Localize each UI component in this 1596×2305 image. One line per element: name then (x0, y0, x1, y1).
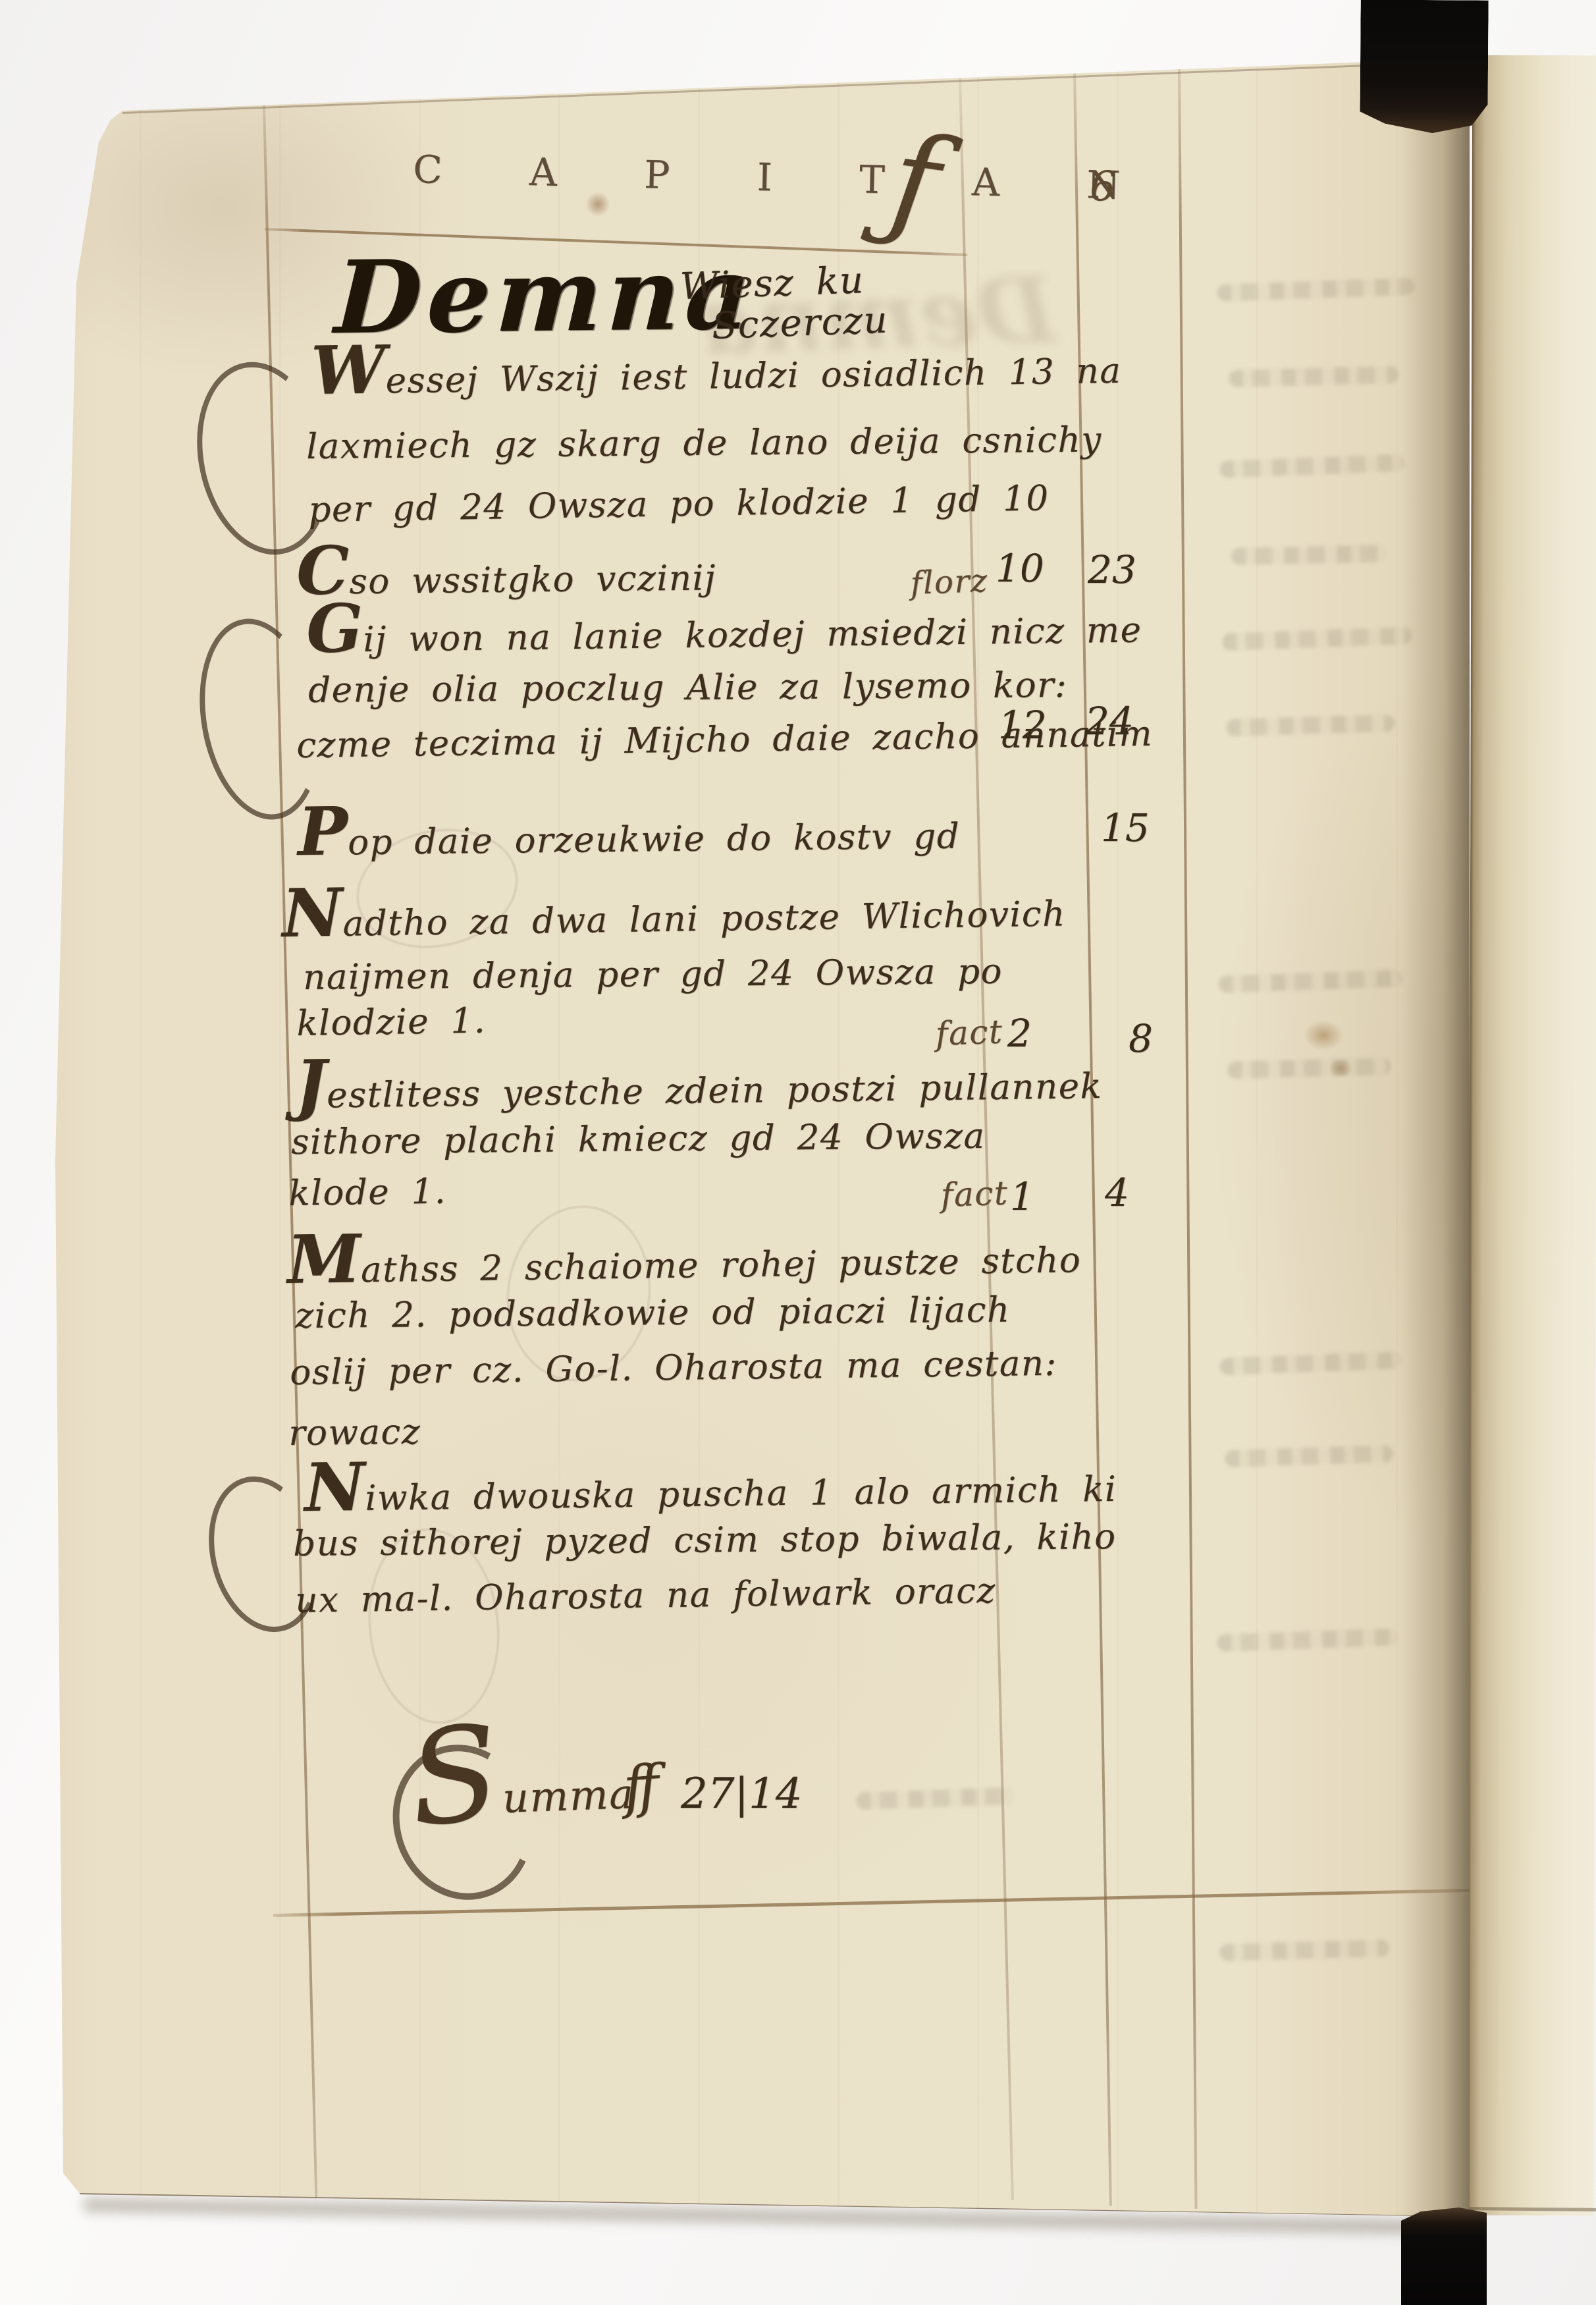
bookmark-ribbon-bottom (1401, 2208, 1487, 2305)
entry-6-line-4: rowacz (288, 1415, 421, 1451)
summa-initial: S (403, 1707, 506, 1846)
entry-1-line-3: per gd 24 Owsza po klodzie 1 gd 10 (308, 481, 1050, 528)
entry-2-amount-florins: 12 (998, 706, 1047, 744)
ink-showthrough-11 (1217, 1628, 1399, 1652)
adjacent-page-edge (1467, 55, 1596, 2215)
entry-7-line-1: Niwka dwouska puscha 1 alo armich ki (304, 1461, 1117, 1517)
entry-5-result-label: fact (940, 1176, 1009, 1212)
entry-1-line-2: laxmiech gz skarg de lano deija csnichy (306, 422, 1102, 464)
page-edge-top (122, 61, 1470, 114)
ink-showthrough-3 (1219, 454, 1404, 478)
ink-showthrough-7 (1218, 969, 1403, 993)
ruled-line-column-2 (1073, 72, 1112, 2206)
ink-showthrough-13 (1219, 1939, 1390, 1961)
entry-5-line-1: Jestlitess yestche zdein postzi pullanne… (295, 1058, 1102, 1114)
summa-word-rest: umma (502, 1774, 635, 1819)
entry-5-amount-florins: 1 (1010, 1178, 1034, 1216)
entry-1-amount-florins: 10 (996, 549, 1044, 587)
title-subtitle-line-1: Wiesz ku (679, 262, 864, 306)
header-flourish-icon: ƒ (884, 117, 947, 248)
ink-showthrough-9 (1219, 1351, 1403, 1375)
ink-showthrough-6 (1226, 715, 1395, 736)
entry-5-amount-groschen: 4 (1105, 1174, 1129, 1212)
summa-currency-sign: ff (622, 1758, 654, 1816)
entry-5-line-2: sithore plachi kmiecz gd 24 Owsza (291, 1119, 986, 1160)
ink-showthrough-10 (1225, 1445, 1394, 1467)
entry-6-line-1: Mathss 2 schaiome rohej pustze stcho (287, 1232, 1082, 1289)
ink-showthrough-5 (1222, 627, 1412, 651)
entry-5-line-3: klode 1. (288, 1174, 446, 1211)
entry-7-line-2: bus sithorej pyzed csim stop biwala, kih… (293, 1519, 1117, 1561)
entry-1-amount-groschen: 23 (1088, 551, 1136, 589)
ruled-line-column-3 (1178, 68, 1198, 2209)
entry-2-line-2: denje olia poczlug Alie za lysemo kor: (308, 668, 1067, 708)
bookmark-ribbon-top (1360, 0, 1488, 134)
entry-7-line-3: ux ma-l. Oharosta na folwark oracz (295, 1573, 996, 1618)
page-gutter-shade (1400, 57, 1470, 2218)
entry-4-amount-groschen: 8 (1129, 1019, 1153, 1058)
summa-value: 27|14 (681, 1773, 802, 1815)
ink-showthrough-12 (856, 1787, 1015, 1810)
folio-number: 6 (1090, 166, 1117, 207)
entry-6-line-2: zich 2. podsadkowie od piaczi lijach (295, 1293, 1011, 1334)
entry-2-line-1: Gij won na lanie kozdej msiedzi nicz me (306, 602, 1142, 657)
entry-3-line-1: Pop daie orzeukwie do kostv gd (298, 808, 960, 861)
entry-4-amount-florins: 2 (1007, 1014, 1032, 1052)
entry-2-amount-groschen: 24 (1085, 702, 1134, 740)
scanner-bed: Demna C A P I T A N ƒ 6 Demna Wiesz ku S… (0, 0, 1596, 2305)
manuscript-page: Demna C A P I T A N ƒ 6 Demna Wiesz ku S… (0, 0, 1596, 2305)
ink-showthrough-8 (1227, 1058, 1391, 1079)
entry-4-line-3: klodzie 1. (296, 1003, 486, 1041)
ink-showthrough-4 (1231, 545, 1388, 565)
ink-showthrough-2 (1229, 366, 1399, 387)
entry-4-result-label: fact (935, 1015, 1003, 1050)
entry-4-line-2: naijmen denja per gd 24 Owsza po (303, 954, 1003, 995)
entry-6-line-3: oslij per cz. Go-l. Oharosta ma cestan: (290, 1346, 1057, 1390)
ink-showthrough-1 (1217, 278, 1415, 302)
running-title: C A P I T A N (413, 150, 1154, 205)
entry-1-unit-label: florz (910, 565, 988, 599)
entry-3-amount-groschen: 15 (1101, 809, 1150, 847)
title-subtitle-line-2: Sczerczu (711, 302, 889, 345)
